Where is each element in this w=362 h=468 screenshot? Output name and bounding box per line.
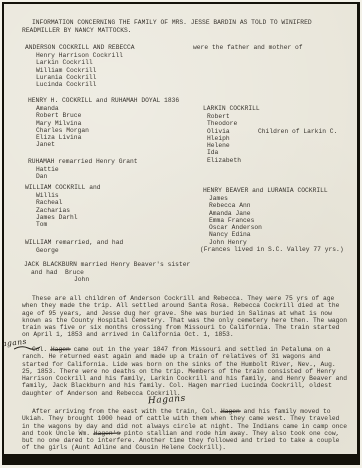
list-item: George <box>36 247 59 254</box>
list-item: Racheal <box>36 199 78 206</box>
section-beaver-note: (Frances lived in S.C. Valley 77 yrs.) <box>200 246 344 253</box>
list-item: Olivia <box>207 128 241 135</box>
list-item: Amanda <box>36 105 89 112</box>
list-item: Charles Morgan <box>36 127 89 134</box>
section-william2-heading: WILLIAM remarried, and had <box>25 239 123 246</box>
list-item: Robert <box>207 113 241 120</box>
list-item: Lurania Cockrill <box>36 74 123 81</box>
document-title-line1: INFORMATION CONCERNING THE FAMILY OF MRS… <box>32 19 312 26</box>
section-ruhamah-heading: RUHAMAH remarried Henry Grant <box>28 158 138 165</box>
list-item: Helene <box>207 142 241 149</box>
margin-note-arrow <box>14 344 40 352</box>
section-beaver-children: JamesRebecca AnnAmanda JaneEmma FrancesO… <box>209 195 262 246</box>
list-item: Nancy Edina <box>209 231 262 238</box>
list-item: Hleiph <box>207 135 241 142</box>
section-blackburn-line3: John <box>74 276 89 283</box>
list-item: Rebecca Ann <box>209 202 262 209</box>
list-item: Amanda Jane <box>209 210 262 217</box>
list-item: Emma Frances <box>209 217 262 224</box>
section-larkin-sidenote: Children of Larkin C. <box>258 128 337 135</box>
list-item: Tom <box>36 221 78 228</box>
list-item: William Cockrill <box>36 67 123 74</box>
paragraph-hagen: Col. Hagen came out in the year 1847 fro… <box>22 346 350 397</box>
section-henry-heading: HENRY H. COCKRILL and RUHAMAH DOYAL 1836 <box>28 97 179 104</box>
list-item: Larkin Cockrill <box>36 59 123 66</box>
list-item: James <box>209 195 262 202</box>
inline-handwritten-correction: Hagans <box>148 396 186 406</box>
list-item: Eliza Livina <box>36 134 89 141</box>
list-item: Lucinda Cockrill <box>36 81 123 88</box>
p3-corrected-name-2: Hagen's <box>94 430 120 437</box>
p2-corrected-name: Hagen <box>51 346 70 353</box>
section-anderson-children: Henry Harrison CockrillLarkin CockrillWi… <box>36 52 123 88</box>
document-title-line2: READMILLER BY NANCY MATTOCKS. <box>22 27 132 34</box>
p2-text-rest: came out in the year 1847 from Missouri … <box>22 346 347 397</box>
paragraph-ukiah: After arriving from the east with the tr… <box>22 408 350 452</box>
section-anderson-sidenote: were the father and mother of <box>193 44 303 51</box>
title-text-2: READMILLER BY NANCY MATTOCKS. <box>22 27 132 34</box>
section-larkin-children: RobertTheodoreOliviaHleiphHeleneIdaEliza… <box>207 113 241 164</box>
list-item: Dan <box>36 173 59 180</box>
document-content: INFORMATION CONCERNING THE FAMILY OF MRS… <box>0 0 362 468</box>
list-item: John Henry <box>209 239 262 246</box>
section-william-children: WillisRachealZachariasJames DarhlTom <box>36 192 78 228</box>
section-blackburn-heading: JACK BLACKBURN married Henry Beaver's si… <box>24 261 190 268</box>
section-larkin-heading: LARKIN COCKRILL <box>203 105 260 112</box>
scanned-document-page: INFORMATION CONCERNING THE FAMILY OF MRS… <box>0 0 362 468</box>
section-ruhamah-children: HattieDan <box>36 166 59 181</box>
list-item: Mary Milvina <box>36 120 89 127</box>
section-anderson-heading: ANDERSON COCKRILL AND REBECCA <box>25 44 135 51</box>
p3-corrected-name: Hagen <box>221 408 240 415</box>
section-blackburn-line2: and had Bruce <box>31 269 84 276</box>
list-item: Robert Bruce <box>36 112 89 119</box>
list-item: Theodore <box>207 120 241 127</box>
p3-text-pre: After arriving from the east with the tr… <box>32 408 221 415</box>
paragraph-trip: These are all children of Anderson Cockr… <box>22 295 350 339</box>
list-item: James Darhl <box>36 214 78 221</box>
list-item: Janet <box>36 141 89 148</box>
section-william2-children: George <box>36 247 59 254</box>
list-item: Willis <box>36 192 78 199</box>
list-item: Henry Harrison Cockrill <box>36 52 123 59</box>
list-item: Ida <box>207 149 241 156</box>
section-henry-children: AmandaRobert BruceMary MilvinaCharles Mo… <box>36 105 89 149</box>
list-item: Zacharias <box>36 207 78 214</box>
section-william-heading: WILLIAM COCKRILL and <box>25 184 101 191</box>
list-item: Oscar Anderson <box>209 224 262 231</box>
section-beaver-heading: HENRY BEAVER and LURANIA COCKRILL <box>203 187 328 194</box>
title-text-1: INFORMATION CONCERNING THE FAMILY OF MRS… <box>32 19 312 26</box>
list-item: Hattie <box>36 166 59 173</box>
list-item: Elizabeth <box>207 157 241 164</box>
